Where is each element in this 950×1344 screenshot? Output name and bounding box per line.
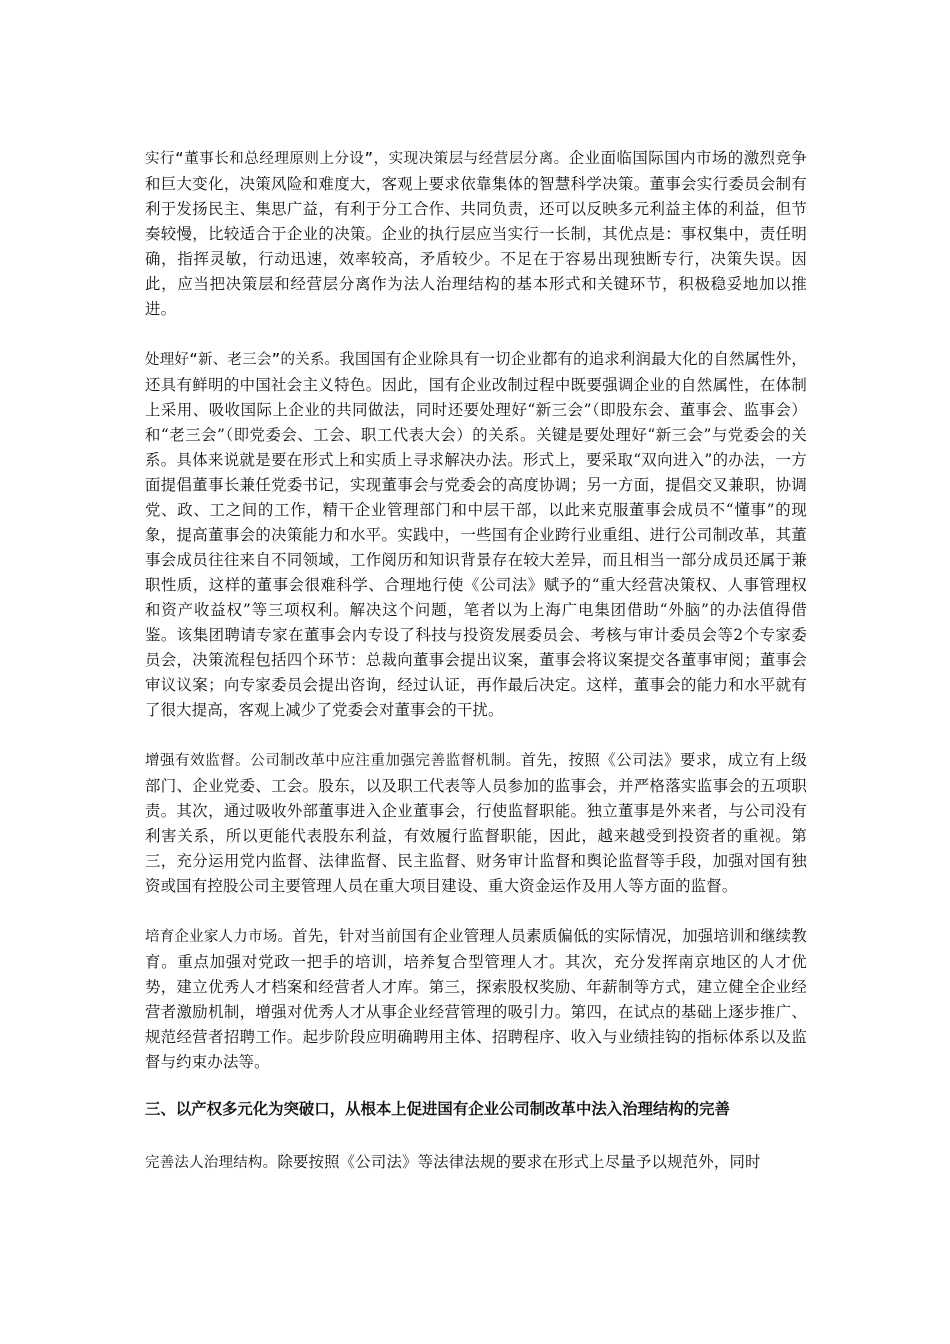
- paragraph-body: 首先，按照《公司法》要求，成立有上级部门、企业党委、工会。股东，以及职工代表等人…: [145, 751, 807, 895]
- paragraph-lead: 处理好“新、老三会”的关系。: [145, 352, 339, 368]
- paragraph-lead: 增强有效监督。公司制改革中应注重加强完善监督机制。: [145, 753, 521, 769]
- paragraph-supervision: 增强有效监督。公司制改革中应注重加强完善监督机制。首先，按照《公司法》要求，成立…: [145, 748, 807, 899]
- paragraph-lead: 实行“董事长和总经理原则上分设”，实现决策层与经营层分离。: [145, 151, 569, 167]
- paragraph-governance-structure: 完善法人治理结构。除要按照《公司法》等法律法规的要求在形式上尽量予以规范外，同时: [145, 1150, 807, 1176]
- document-page: 实行“董事长和总经理原则上分设”，实现决策层与经营层分离。企业面临国际国内市场的…: [145, 146, 807, 1176]
- paragraph-separation-of-roles: 实行“董事长和总经理原则上分设”，实现决策层与经营层分离。企业面临国际国内市场的…: [145, 146, 807, 322]
- paragraph-new-old-committees: 处理好“新、老三会”的关系。我国国有企业除具有一切企业都有的追求利润最大化的自然…: [145, 347, 807, 723]
- paragraph-talent-market: 培育企业家人力市场。首先，针对当前国有企业管理人员素质偏低的实际情况，加强培训和…: [145, 924, 807, 1075]
- paragraph-lead: 完善法人治理结构。: [145, 1155, 277, 1171]
- paragraph-body: 除要按照《公司法》等法律法规的要求在形式上尽量予以规范外，同时: [277, 1153, 760, 1171]
- paragraph-body: 企业面临国际国内市场的激烈竞争和巨大变化，决策风险和难度大，客观上要求依靠集体的…: [145, 149, 807, 318]
- paragraph-lead: 培育企业家人力市场。: [145, 929, 292, 945]
- section-heading: 三、以产权多元化为突破口，从根本上促进国有企业公司制改革中法入治理结构的完善: [145, 1097, 807, 1122]
- paragraph-body: 我国国有企业除具有一切企业都有的追求利润最大化的自然属性外，还具有鲜明的中国社会…: [145, 350, 807, 719]
- paragraph-body: 首先，针对当前国有企业管理人员素质偏低的实际情况，加强培训和继续教育。重点加强对…: [145, 927, 807, 1071]
